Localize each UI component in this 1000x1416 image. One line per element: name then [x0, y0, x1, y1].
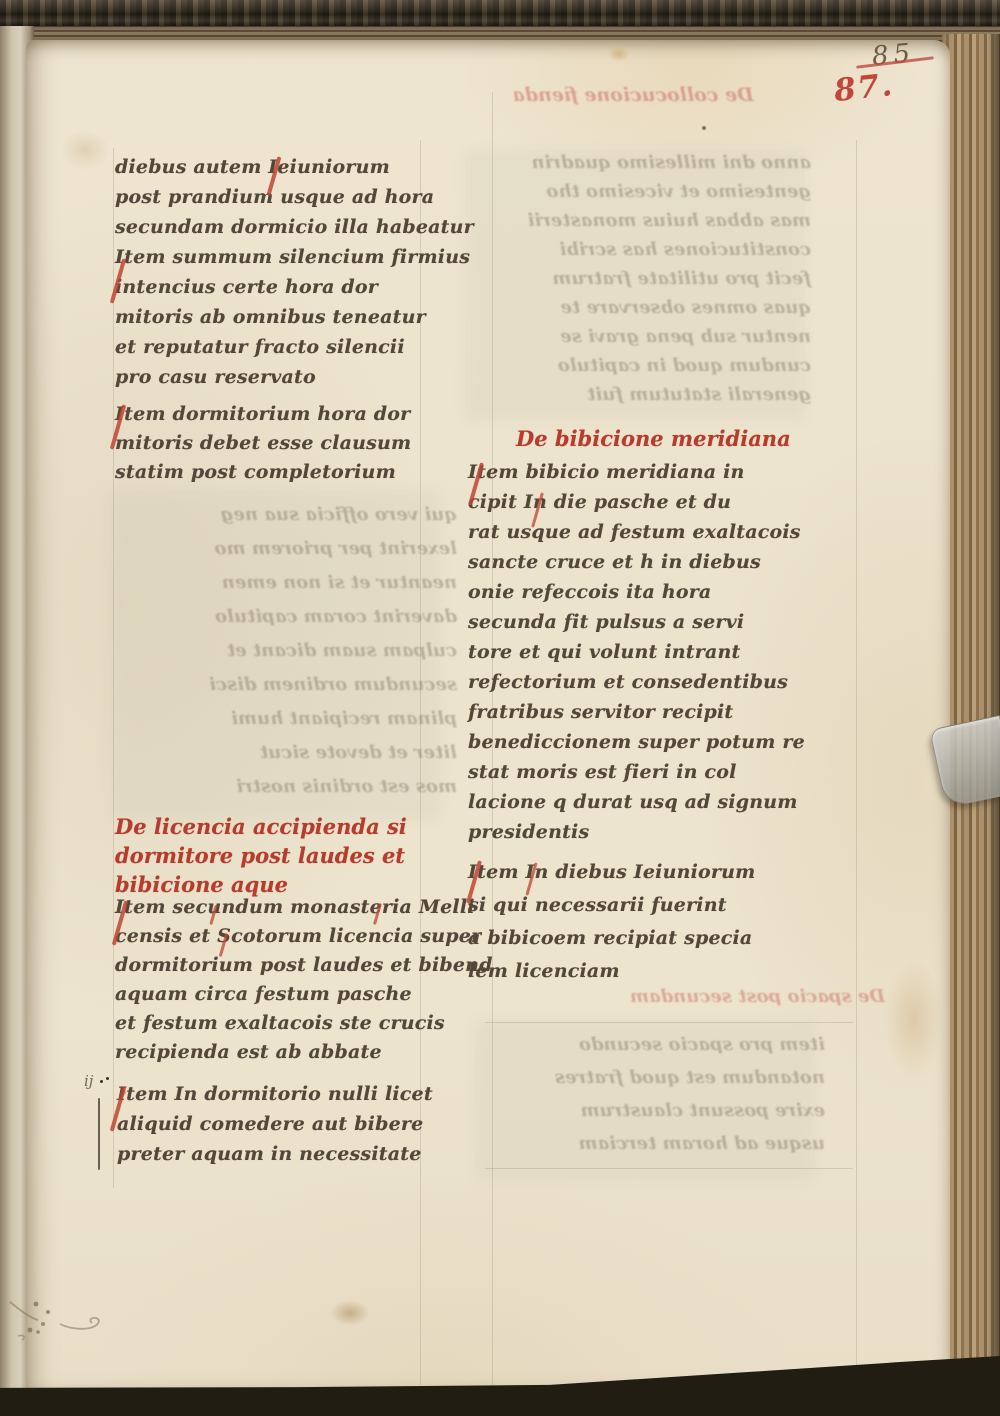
text-line: liter et devote sicut	[112, 736, 457, 770]
right-column-ghost-rubric: De spacio post secundam	[540, 980, 885, 1014]
text-line: si qui necessarii fuerint	[468, 889, 813, 922]
manuscript-photo: 85 87. De collocucione fienda diebus aut…	[0, 0, 1000, 1416]
text-line: generali statutum fuit	[466, 380, 811, 409]
margin-dot	[106, 1077, 109, 1080]
ink-speck	[702, 126, 706, 130]
text-line: Item In diebus Ieiuniorum	[468, 856, 813, 889]
text-line: plinam recipiant humi	[112, 702, 457, 736]
text-line: fratribus servitor recipit	[468, 697, 813, 727]
rubric-heading-text: De bibicione meridiana	[516, 424, 861, 453]
text-line: nentur sub pena gravi se	[466, 322, 811, 351]
text-line: constituciones has scribi	[466, 235, 811, 264]
left-column-paragraph-3: Item secundum monasteria Mellicensis et …	[115, 893, 460, 1067]
text-line: post prandium usque ad hora	[115, 182, 460, 212]
text-line: fecit pro utilitate fratrum	[466, 264, 811, 293]
text-line: a bibicoem recipiat specia	[468, 922, 813, 955]
ruling-line-horizontal	[485, 1022, 853, 1023]
text-line: qui vero officia sua neg	[112, 498, 457, 532]
margin-stroke	[98, 1098, 100, 1170]
text-line: tore et qui volunt intrant	[468, 637, 813, 667]
text-line: mas abbas huius monasterii	[466, 206, 811, 235]
right-column-paragraph-1: Item bibicio meridiana incipit In die pa…	[468, 457, 813, 847]
left-column-rubric-heading: De licencia accipienda sidormitore post …	[115, 812, 460, 899]
text-line: dormitorium post laudes et bibend	[115, 951, 460, 980]
text-line: et reputatur fracto silencii	[115, 332, 460, 362]
folio-number-new: 87.	[832, 67, 895, 109]
text-line: notandum est quod fratres	[480, 1061, 825, 1094]
text-line: sancte cruce et h in diebus	[468, 547, 813, 577]
text-line: culpam suam dicant et	[112, 634, 457, 668]
text-line: diebus autem Ieiuniorum	[115, 152, 460, 182]
ghost-rubric-header: De collocucione fienda	[498, 84, 768, 106]
folio-number-old: 85	[871, 38, 917, 72]
text-line: intencius certe hora dor	[115, 272, 460, 302]
text-line: cipit In die pasche et du	[468, 487, 813, 517]
text-line: De licencia accipienda si	[115, 812, 460, 841]
text-line: rat usque ad festum exaltacois	[468, 517, 813, 547]
text-line: aquam circa festum pasche	[115, 980, 460, 1009]
right-column-paragraph-2: Item In diebus Ieiuniorumsi qui necessar…	[468, 856, 813, 988]
ruling-line-horizontal	[485, 1168, 853, 1169]
text-line: neantur et si non emen	[112, 566, 457, 600]
text-line: cundum quod in capitulo	[466, 351, 811, 380]
text-line: gentesimo et vicesimo tho	[466, 177, 811, 206]
text-line: Item secundum monasteria Melli	[115, 893, 460, 922]
text-line: usque ad horam terciam	[480, 1127, 825, 1160]
text-line: stat moris est fieri in col	[468, 757, 813, 787]
right-column-ghost-text: anno dni millesimo quadringentesimo et v…	[466, 148, 811, 409]
text-line: exire possunt claustrum	[480, 1094, 825, 1127]
text-line: onie refeccois ita hora	[468, 577, 813, 607]
text-line: recipienda est ab abbate	[115, 1038, 460, 1067]
text-line: refectorium et consedentibus	[468, 667, 813, 697]
text-line: lacione q durat usq ad signum	[468, 787, 813, 817]
text-line: daverint coram capitulo	[112, 600, 457, 634]
text-line: item pro spacio secundo	[480, 1028, 825, 1061]
ruling-line-vertical	[856, 140, 857, 1385]
text-line: preter aquam in necessitate	[117, 1139, 462, 1169]
text-line: benediccionem super potum re	[468, 727, 813, 757]
text-line: pro casu reservato	[115, 362, 460, 392]
text-line: presidentis	[468, 817, 813, 847]
text-line: Item dormitorium hora dor	[115, 400, 460, 429]
text-line: Item summum silencium firmius	[115, 242, 460, 272]
right-column-rubric-heading: De bibicione meridiana	[516, 424, 861, 453]
text-line: dormitore post laudes et	[115, 841, 460, 870]
text-line: aliquid comedere aut bibere	[117, 1109, 462, 1139]
text-line: lexerint per priorem mo	[112, 532, 457, 566]
text-line: secunda fit pulsus a servi	[468, 607, 813, 637]
pen-trials-doodle	[8, 1292, 128, 1347]
text-line: secundum ordinem disci	[112, 668, 457, 702]
text-line: secundam dormicio illa habeatur	[115, 212, 460, 242]
left-column-paragraph-2: Item dormitorium hora dormitoris debet e…	[115, 400, 460, 487]
left-column-paragraph-1: diebus autem Ieiuniorumpost prandium usq…	[115, 152, 460, 392]
text-line: et festum exaltacois ste crucis	[115, 1009, 460, 1038]
text-line: Item In dormitorio nulli licet	[117, 1079, 462, 1109]
margin-mark: ij	[84, 1072, 93, 1090]
right-column-ghost-text-bottom: item pro spacio secundonotandum est quod…	[480, 1028, 825, 1160]
text-line: statim post completorium	[115, 458, 460, 487]
text-line: mitoris ab omnibus teneatur	[115, 302, 460, 332]
text-line: Item bibicio meridiana in	[468, 457, 813, 487]
text-line: mitoris debet esse clausum	[115, 429, 460, 458]
fore-edge-right	[942, 34, 1000, 1384]
book-binding-top	[0, 0, 1000, 26]
text-line: censis et Scotorum licencia super	[115, 922, 460, 951]
text-line: anno dni millesimo quadrin	[466, 148, 811, 177]
ghost-rubric-text: De spacio post secundam	[540, 980, 885, 1014]
text-line: mos est ordinis nostri	[112, 770, 457, 804]
margin-dot	[100, 1080, 103, 1083]
text-line: quas omnes observare te	[466, 293, 811, 322]
left-column-ghost-text: qui vero officia sua neglexerint per pri…	[112, 498, 457, 804]
left-column-paragraph-4: Item In dormitorio nulli licetaliquid co…	[117, 1079, 462, 1169]
